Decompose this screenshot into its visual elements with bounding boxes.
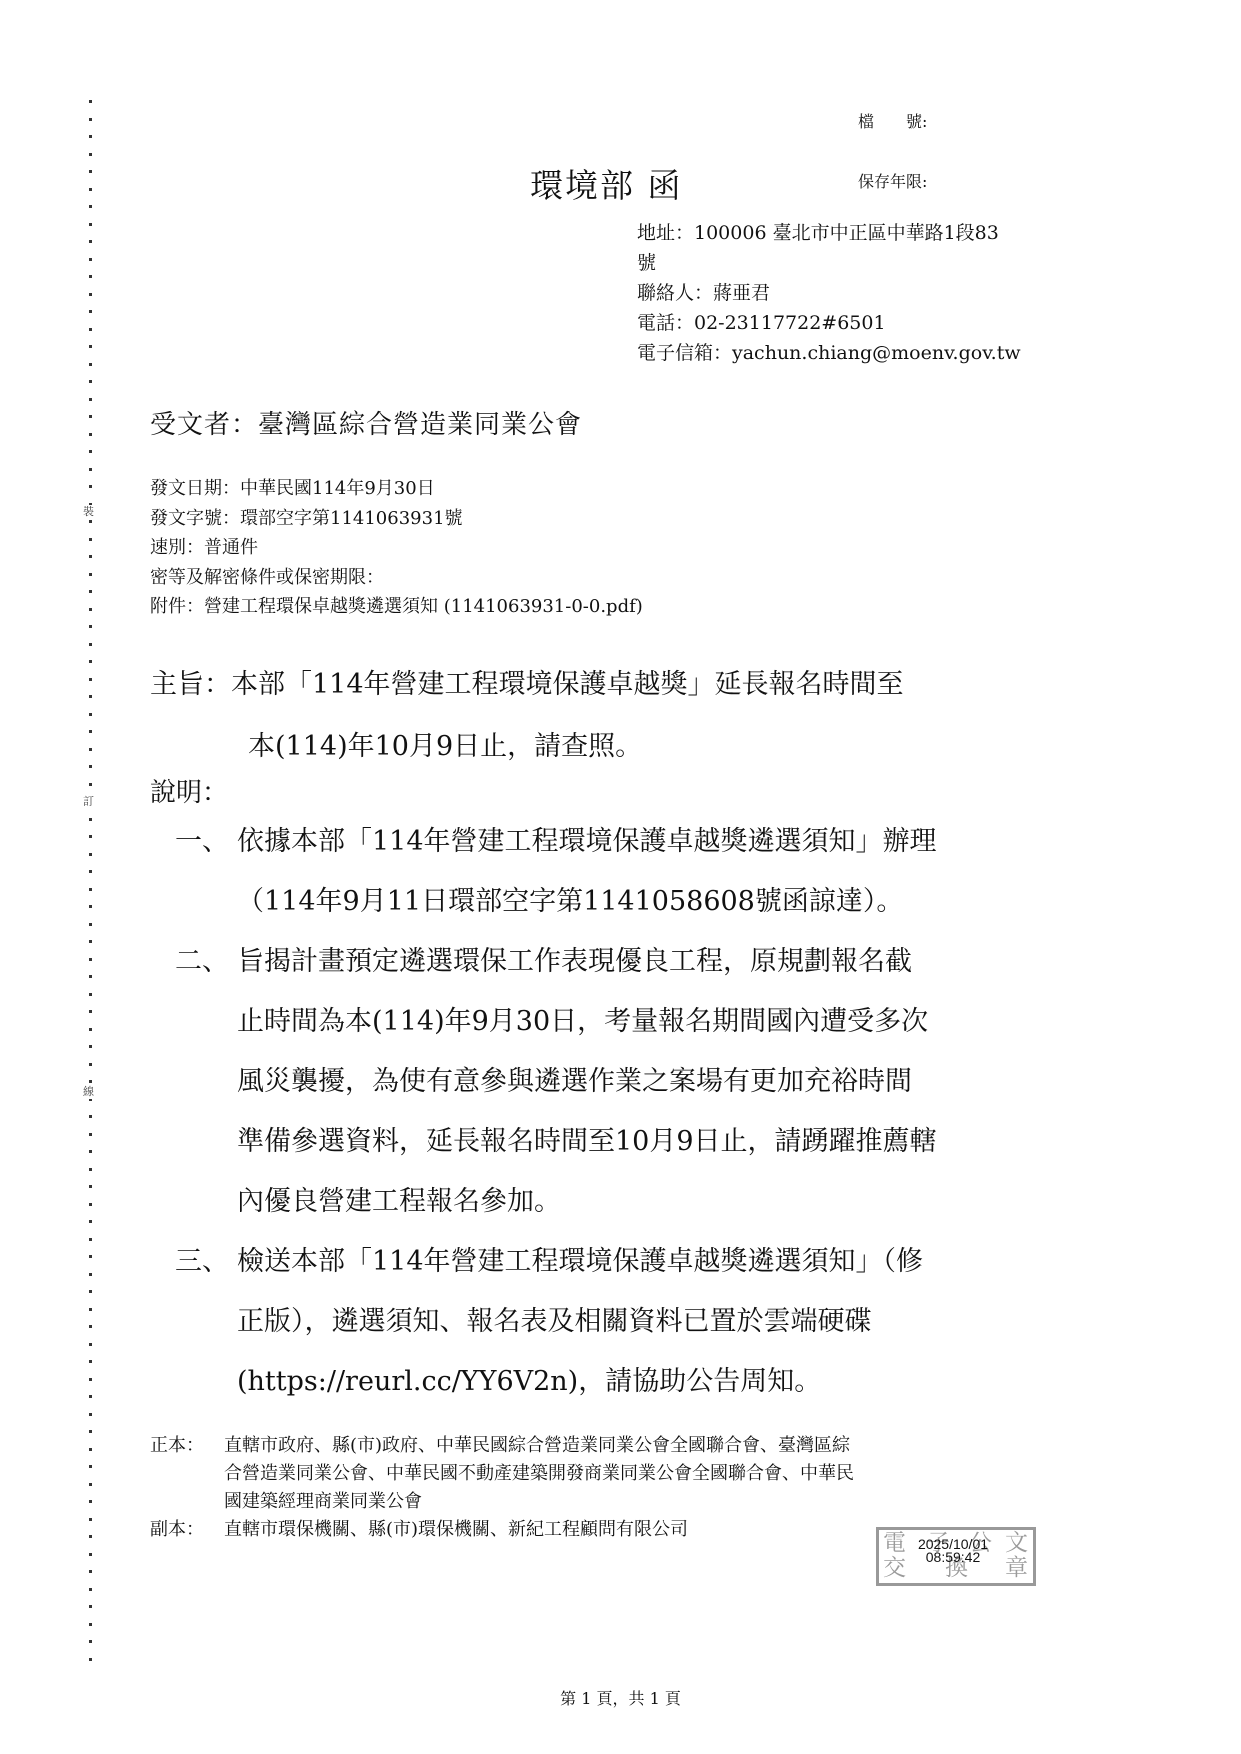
item-number: 三、 xyxy=(175,1232,237,1292)
binding-dot xyxy=(89,1623,92,1626)
sender-address: 地址：100006 臺北市中正區中華路1段83 xyxy=(637,218,1021,248)
binding-dot xyxy=(89,380,92,383)
binding-dot xyxy=(89,240,92,243)
binding-dot xyxy=(89,1535,92,1538)
binding-dot xyxy=(89,363,92,366)
binding-dot xyxy=(89,1343,92,1346)
binding-mark: 訂 xyxy=(83,795,94,809)
binding-dot xyxy=(89,188,92,191)
binding-dot xyxy=(89,1605,92,1608)
binding-dot xyxy=(89,1063,92,1066)
document-title: 環境部 函 xyxy=(530,160,683,207)
item-line: 正版），遴選須知、報名表及相關資料已置於雲端硬碟 xyxy=(175,1292,1105,1352)
page-number: 第 1 頁，共 1 頁 xyxy=(0,1686,1241,1709)
doc-number: 發文字號：環部空字第1141063931號 xyxy=(150,504,643,534)
binding-dot xyxy=(89,1430,92,1433)
stamp-timestamp: 2025/10/01 08:59:42 xyxy=(903,1538,1003,1564)
binding-dot xyxy=(89,678,92,681)
item-line: 檢送本部「114年營建工程環境保護卓越獎遴選須知」（修 xyxy=(237,1246,923,1277)
binding-dot xyxy=(89,170,92,173)
binding-dot xyxy=(89,730,92,733)
file-number-block: 檔 號: 保存年限: xyxy=(858,72,927,212)
binding-dot xyxy=(89,835,92,838)
sender-info: 地址：100006 臺北市中正區中華路1段83 號 聯絡人：蔣亜君 電話：02-… xyxy=(637,218,1021,368)
priority: 速別：普通件 xyxy=(150,533,643,563)
explanation-label: 說明： xyxy=(150,772,228,809)
explanation-item-3: 三、檢送本部「114年營建工程環境保護卓越獎遴選須知」（修 正版），遴選須知、報… xyxy=(175,1232,1105,1412)
binding-dot xyxy=(89,450,92,453)
binding-dot xyxy=(89,555,92,558)
binding-dot xyxy=(89,1168,92,1171)
binding-dot xyxy=(89,765,92,768)
original-recipients-label: 正本： xyxy=(150,1432,224,1516)
explanation-item-2: 二、旨揭計畫預定遴選環保工作表現優良工程，原規劃報名截 止時間為本(114)年9… xyxy=(175,932,1105,1232)
binding-dot xyxy=(89,223,92,226)
original-recipients-line: 合營造業同業公會、中華民國不動產建築開發商業同業公會全國聯合會、中華民 xyxy=(224,1460,1110,1488)
binding-dot xyxy=(89,1448,92,1451)
binding-dot xyxy=(89,1220,92,1223)
binding-dot xyxy=(89,1570,92,1573)
binding-dot xyxy=(89,1465,92,1468)
binding-dot xyxy=(89,538,92,541)
subject: 主旨：本部「114年營建工程環境保護卓越獎」延長報名時間至 本(114)年10月… xyxy=(150,654,1090,778)
binding-line: 裝訂線 xyxy=(86,100,96,1670)
binding-dot xyxy=(89,1588,92,1591)
sender-email: 電子信箱：yachun.chiang@moenv.gov.tw xyxy=(637,338,1021,368)
binding-dot xyxy=(89,905,92,908)
retention-label: 保存年限: xyxy=(858,172,927,192)
binding-dot xyxy=(89,1273,92,1276)
binding-dot xyxy=(89,1308,92,1311)
binding-dot xyxy=(89,1500,92,1503)
subject-line-2: 本(114)年10月9日止，請查照。 xyxy=(150,716,1090,778)
binding-mark: 線 xyxy=(83,1085,94,1099)
binding-dot xyxy=(89,643,92,646)
binding-dot xyxy=(89,328,92,331)
binding-dot xyxy=(89,1640,92,1643)
binding-dot xyxy=(89,993,92,996)
binding-dot xyxy=(89,923,92,926)
binding-dot xyxy=(89,415,92,418)
electronic-document-stamp: 電 子 公 文 交 換 章 2025/10/01 08:59:42 xyxy=(876,1527,1036,1586)
binding-dot xyxy=(89,608,92,611)
binding-dot xyxy=(89,275,92,278)
binding-dot xyxy=(89,1010,92,1013)
binding-dot xyxy=(89,345,92,348)
item-number: 二、 xyxy=(175,932,237,992)
binding-dot xyxy=(89,1255,92,1258)
binding-dot xyxy=(89,1185,92,1188)
binding-dot xyxy=(89,713,92,716)
issue-date: 發文日期：中華民國114年9月30日 xyxy=(150,474,643,504)
binding-dot xyxy=(89,660,92,663)
copy-recipients-label: 副本： xyxy=(150,1516,224,1544)
item-number: 一、 xyxy=(175,812,237,872)
binding-dot xyxy=(89,1290,92,1293)
binding-dot xyxy=(89,1553,92,1556)
binding-mark: 裝 xyxy=(83,505,94,519)
explanation-item-1: 一、依據本部「114年營建工程環境保護卓越獎遴選須知」辦理 （114年9月11日… xyxy=(175,812,1105,932)
classification: 密等及解密條件或保密期限： xyxy=(150,563,643,593)
binding-dot xyxy=(89,293,92,296)
binding-dot xyxy=(89,625,92,628)
recipient: 受文者：臺灣區綜合營造業同業公會 xyxy=(150,404,582,441)
binding-dot xyxy=(89,485,92,488)
binding-dot xyxy=(89,940,92,943)
stamp-char: 文 xyxy=(1005,1532,1028,1555)
stamp-char: 章 xyxy=(1005,1557,1028,1580)
binding-dot xyxy=(89,205,92,208)
binding-dot xyxy=(89,748,92,751)
binding-dot xyxy=(89,153,92,156)
binding-dot xyxy=(89,1238,92,1241)
binding-dot xyxy=(89,573,92,576)
item-line: 內優良營建工程報名參加。 xyxy=(175,1172,1105,1232)
binding-dot xyxy=(89,1115,92,1118)
binding-dot xyxy=(89,888,92,891)
binding-dot xyxy=(89,433,92,436)
binding-dot xyxy=(89,100,92,103)
binding-dot xyxy=(89,1360,92,1363)
item-line: 依據本部「114年營建工程環境保護卓越獎遴選須知」辦理 xyxy=(237,826,937,857)
item-line: 準備參選資料，延長報名時間至10月9日止，請踴躍推薦轄 xyxy=(175,1112,1105,1172)
original-recipients-line: 直轄市政府、縣(市)政府、中華民國綜合營造業同業公會全國聯合會、臺灣區綜 xyxy=(224,1432,1110,1460)
binding-dot xyxy=(89,520,92,523)
binding-dot xyxy=(89,1045,92,1048)
binding-dot xyxy=(89,1133,92,1136)
binding-dot xyxy=(89,398,92,401)
binding-dot xyxy=(89,1028,92,1031)
binding-dot xyxy=(89,118,92,121)
item-line: 風災襲擾，為使有意參與遴選作業之案場有更加充裕時間 xyxy=(175,1052,1105,1112)
binding-dot xyxy=(89,818,92,821)
binding-dot xyxy=(89,1203,92,1206)
binding-dot xyxy=(89,1325,92,1328)
binding-dot xyxy=(89,1483,92,1486)
cloud-drive-link[interactable]: (https://reurl.cc/YY6V2n)，請協助公告周知。 xyxy=(175,1352,1105,1412)
file-number-label: 檔 號: xyxy=(858,112,927,132)
item-line: 旨揭計畫預定遴選環保工作表現優良工程，原規劃報名截 xyxy=(237,946,912,977)
sender-phone: 電話：02-23117722#6501 xyxy=(637,308,1021,338)
binding-dot xyxy=(89,1150,92,1153)
item-line: 止時間為本(114)年9月30日，考量報名期間國內遭受多次 xyxy=(175,992,1105,1052)
binding-dot xyxy=(89,1080,92,1083)
subject-line-1: 本部「114年營建工程環境保護卓越獎」延長報名時間至 xyxy=(231,669,904,700)
binding-dot xyxy=(89,1413,92,1416)
binding-dot xyxy=(89,853,92,856)
document-meta: 發文日期：中華民國114年9月30日 發文字號：環部空字第1141063931號… xyxy=(150,474,643,622)
subject-label: 主旨： xyxy=(150,654,231,716)
sender-address-cont: 號 xyxy=(637,248,1021,278)
stamp-time: 08:59:42 xyxy=(903,1551,1003,1564)
binding-dot xyxy=(89,1518,92,1521)
original-recipients-line: 國建築經理商業同業公會 xyxy=(224,1488,1110,1516)
binding-dot xyxy=(89,958,92,961)
binding-dot xyxy=(89,975,92,978)
binding-dot xyxy=(89,1395,92,1398)
binding-dot xyxy=(89,1378,92,1381)
item-line: （114年9月11日環部空字第1141058608號函諒達）。 xyxy=(175,872,1105,932)
binding-dot xyxy=(89,695,92,698)
binding-dot xyxy=(89,783,92,786)
binding-dot xyxy=(89,1658,92,1661)
binding-dot xyxy=(89,590,92,593)
binding-dot xyxy=(89,310,92,313)
binding-dot xyxy=(89,258,92,261)
binding-dot xyxy=(89,135,92,138)
attachment-link[interactable]: 附件：營建工程環保卓越獎遴選須知 (1141063931-0-0.pdf) xyxy=(150,592,643,622)
binding-dot xyxy=(89,870,92,873)
binding-dot xyxy=(89,468,92,471)
sender-contact: 聯絡人：蔣亜君 xyxy=(637,278,1021,308)
